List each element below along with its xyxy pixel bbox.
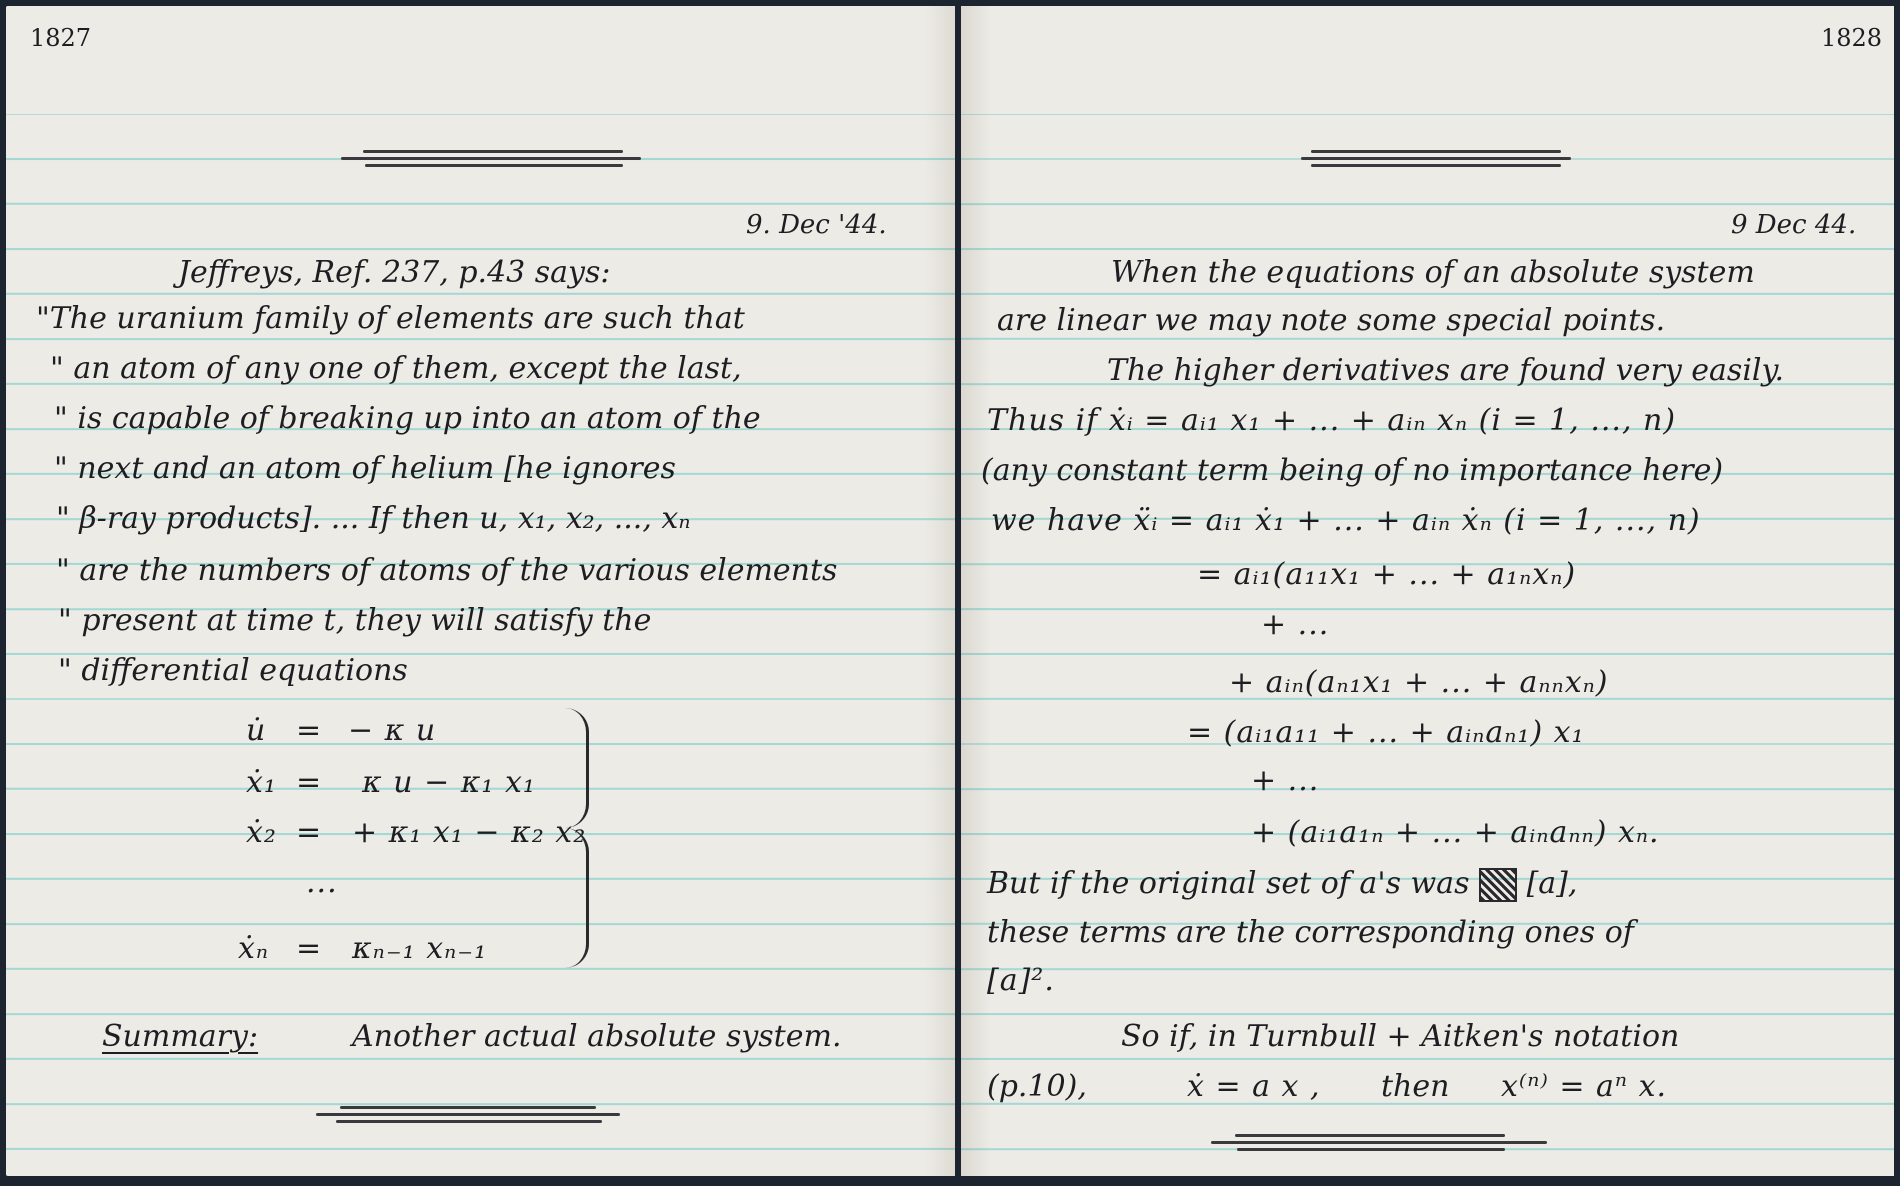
section-divider (1211, 1130, 1551, 1155)
section-divider (1301, 146, 1571, 171)
derivation-line: + aᵢₙ(aₙ₁x₁ + ... + aₙₙxₙ) (1229, 668, 1608, 698)
quote-line: " β-ray products]. ... If then u, x₁, x₂… (56, 504, 691, 534)
text-line: When the equations of an absolute system (1111, 258, 1755, 288)
summary-label: Summary: (102, 1022, 258, 1052)
page-header-area (961, 6, 1894, 114)
right-brace-upper (562, 708, 589, 828)
text-line: Thus if ẋᵢ = aᵢ₁ x₁ + ... + aᵢₙ xₙ (i = … (987, 406, 1676, 436)
eq-rhs: κₙ₋₁ xₙ₋₁ (352, 934, 487, 964)
text-line: are linear we may note some special poin… (997, 306, 1665, 336)
page-number: 1827 (30, 26, 91, 50)
matrix-symbol: [a], (1527, 866, 1578, 901)
right-brace-lower (562, 828, 589, 968)
equation: ẋ = a x , (1187, 1072, 1321, 1102)
summary-text: Another actual absolute system. (352, 1022, 841, 1052)
quote-line: "The uranium family of elements are such… (36, 304, 745, 334)
derivation-line: + (aᵢ₁a₁ₙ + ... + aᵢₙaₙₙ) xₙ. (1251, 818, 1660, 848)
quote-line: " is capable of breaking up into an atom… (54, 404, 761, 434)
eq-rhs: κ u − κ₁ x₁ (362, 768, 536, 798)
eq-lhs: ẋ₂ (246, 818, 277, 848)
spine-shadow (925, 6, 955, 1176)
page-header-area (6, 6, 955, 114)
eq-rhs: − κ u (348, 716, 436, 746)
entry-heading: Jeffreys, Ref. 237, p.43 says: (178, 258, 611, 288)
section-divider (316, 1102, 626, 1127)
eq-lhs: ẋₙ (238, 934, 269, 964)
quote-line: " differential equations (58, 656, 408, 686)
equation: x⁽ⁿ⁾ = aⁿ x. (1501, 1072, 1667, 1102)
text-line: we have ẍᵢ = aᵢ₁ ẋ₁ + ... + aᵢₙ ẋₙ (i = … (991, 506, 1701, 536)
spine-shadow (961, 6, 991, 1176)
text-line: [a]². (987, 966, 1055, 996)
eq-rhs: + κ₁ x₁ − κ₂ x₂ (352, 818, 586, 848)
text-line: these terms are the corresponding ones o… (987, 918, 1634, 948)
notebook-page-left: 1827 9. Dec '44. Jeffreys, Ref. 237, p.4… (6, 6, 955, 1176)
text-fragment: then (1381, 1072, 1449, 1102)
text-line: (any constant term being of no importanc… (981, 456, 1723, 486)
quote-line: " next and an atom of helium [he ignores (54, 454, 676, 484)
text-line: But if the original set of a's was [a], (987, 868, 1577, 902)
text-line: The higher derivatives are found very ea… (1107, 356, 1784, 386)
quote-line: " an atom of any one of them, except the… (50, 354, 742, 384)
eq-lhs: ẋ₁ (246, 768, 277, 798)
page-reference: (p.10), (987, 1072, 1087, 1102)
eq-equals: = (296, 934, 322, 964)
quote-line: " present at time t, they will satisfy t… (58, 606, 651, 636)
text-fragment: But if the original set of a's was (987, 866, 1469, 901)
entry-date: 9. Dec '44. (746, 212, 887, 238)
crossed-out-symbol (1479, 868, 1517, 902)
eq-equals: = (296, 818, 322, 848)
eq-ellipsis: ... (306, 868, 338, 898)
derivation-line: + ... (1251, 766, 1319, 796)
entry-date: 9 Dec 44. (1731, 212, 1856, 238)
derivation-line: = aᵢ₁(a₁₁x₁ + ... + a₁ₙxₙ) (1197, 560, 1576, 590)
derivation-line: = (aᵢ₁a₁₁ + ... + aᵢₙaₙ₁) x₁ (1187, 718, 1585, 748)
derivation-line: + ... (1261, 610, 1329, 640)
eq-equals: = (296, 716, 322, 746)
eq-lhs: u̇ (246, 716, 266, 746)
page-number: 1828 (1821, 26, 1882, 50)
conclusion-line: So if, in Turnbull + Aitken's notation (1121, 1022, 1679, 1052)
eq-equals: = (296, 768, 322, 798)
section-divider (341, 146, 646, 171)
quote-line: " are the numbers of atoms of the variou… (56, 556, 837, 586)
notebook-page-right: 1828 9 Dec 44. When the equations of an … (961, 6, 1894, 1176)
